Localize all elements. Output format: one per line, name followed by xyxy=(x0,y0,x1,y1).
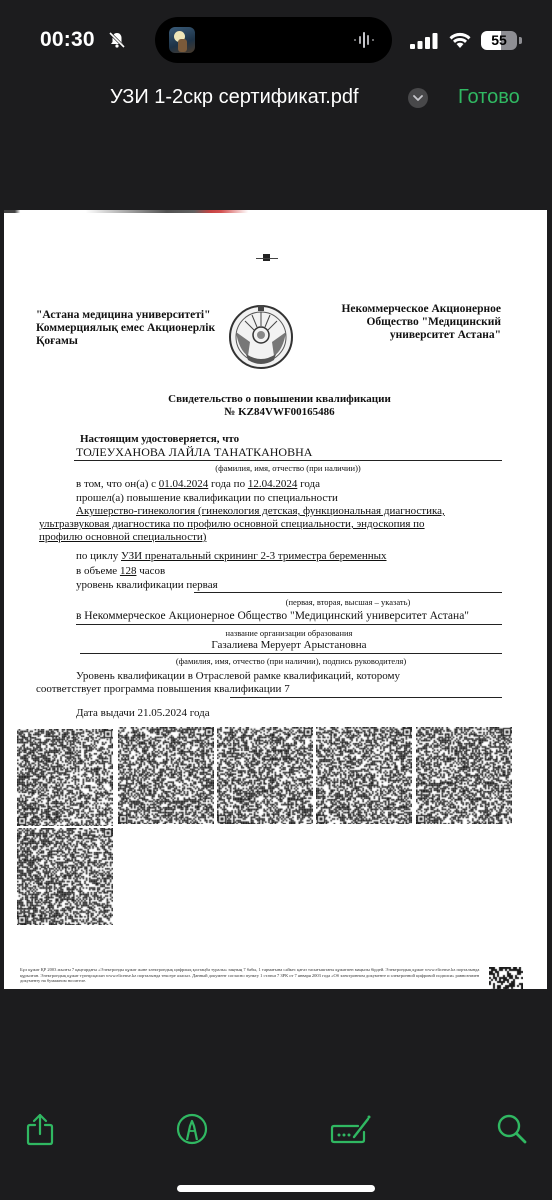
footer-qr-code xyxy=(489,967,523,989)
period-mid: года по xyxy=(211,478,245,490)
organization-caption: название организации образования xyxy=(76,628,502,638)
title-menu-button[interactable] xyxy=(408,88,428,108)
underline xyxy=(74,460,502,461)
signature-icon[interactable] xyxy=(330,1112,372,1146)
pdf-page[interactable]: "Астана медицина университеті" Коммерция… xyxy=(4,210,547,989)
chevron-down-icon xyxy=(413,94,423,102)
qr-code xyxy=(416,727,512,824)
share-icon[interactable] xyxy=(23,1112,57,1146)
qr-code xyxy=(217,727,313,824)
header-left: "Астана медицина университеті" Коммерция… xyxy=(36,309,215,348)
issue-date: Дата выдачи 21.05.2024 года xyxy=(76,707,210,720)
qr-code xyxy=(118,727,214,824)
level-prefix: уровень квалификации xyxy=(76,579,184,591)
markup-pen-icon[interactable] xyxy=(175,1112,209,1146)
home-indicator[interactable] xyxy=(177,1185,375,1192)
wifi-icon xyxy=(448,31,472,49)
kazakhstan-emblem-icon xyxy=(228,302,294,372)
certificate-title: Свидетельство о повышении квалификации №… xyxy=(4,393,547,419)
framework-line: соответствует программа повышения квалиф… xyxy=(36,683,290,696)
period-line: в том, что он(а) с 01.04.2024 года по 12… xyxy=(76,478,320,491)
cellular-signal-icon xyxy=(410,33,438,49)
certificate-number: № KZ84VWF00165486 xyxy=(4,406,547,419)
qr-code xyxy=(17,729,113,826)
specialty-line: профилю основной специальности) xyxy=(39,531,206,544)
underline xyxy=(76,624,502,625)
scan-mark xyxy=(256,256,278,261)
date-from: 01.04.2024 xyxy=(159,478,209,490)
hours-suffix: часов xyxy=(139,565,165,577)
header-left-line: Қоғамы xyxy=(36,335,215,348)
cycle-prefix: по циклу xyxy=(76,550,118,562)
hours-value: 128 xyxy=(120,565,137,577)
underline xyxy=(194,592,502,593)
header-right-line: университет Астана" xyxy=(341,329,501,342)
passed-text: прошел(а) повышение квалификации по спец… xyxy=(76,492,338,505)
dynamic-island[interactable] xyxy=(155,17,392,63)
header-left-line: Коммерциялық емес Акционерлік xyxy=(36,322,215,335)
specialty-line: Акушерство-гинекология (гинекология детс… xyxy=(76,505,445,518)
battery-nub xyxy=(519,37,522,44)
header-right-line: Общество "Медицинский xyxy=(341,316,501,329)
file-title[interactable]: УЗИ 1-2скр сертификат.pdf xyxy=(110,86,359,109)
search-icon[interactable] xyxy=(495,1112,529,1146)
waveform-icon xyxy=(352,32,378,48)
underline xyxy=(230,697,502,698)
certificate-heading: Свидетельство о повышении квалификации xyxy=(4,393,547,406)
period-prefix: в том, что он(а) с xyxy=(76,478,156,490)
level-caption: (первая, вторая, высшая – указать) xyxy=(194,597,502,607)
album-art-icon xyxy=(169,27,195,53)
level-line: уровень квалификации первая xyxy=(76,579,218,592)
qr-code xyxy=(17,828,113,925)
cycle-name: УЗИ пренатальный скрининг 2-3 триместра … xyxy=(121,550,387,562)
specialty-line: ультразвуковая диагностика по профилю ос… xyxy=(39,518,425,531)
full-name-caption: (фамилия, имя, отчество (при наличии)) xyxy=(74,463,502,473)
hours-prefix: в объеме xyxy=(76,565,117,577)
header-left-line: "Астана медицина университеті" xyxy=(36,309,215,322)
framework-line: Уровень квалификации в Отраслевой рамке … xyxy=(76,670,400,683)
cycle-line: по циклу УЗИ пренатальный скрининг 2-3 т… xyxy=(76,550,387,563)
full-name: ТОЛЕУХАНОВА ЛАЙЛА ТАНАТКАНОВНА xyxy=(76,446,312,459)
hours-line: в объеме 128 часов xyxy=(76,565,165,578)
period-suffix: года xyxy=(300,478,320,490)
head-caption: (фамилия, имя, отчество (при наличии), п… xyxy=(80,656,502,666)
scan-artifact xyxy=(4,210,547,213)
head-name: Газалиева Меруерт Арыстановна xyxy=(76,639,502,652)
footer-note: Бұл құжат ҚР 2003 жылғы 7 қаңтардағы «Эл… xyxy=(20,967,480,989)
level-value: первая xyxy=(186,579,217,591)
status-bar: 00:30 55 xyxy=(0,0,552,80)
header-right: Некоммерческое Акционерное Общество "Мед… xyxy=(341,303,501,342)
battery-indicator: 55 xyxy=(481,31,517,50)
status-time: 00:30 xyxy=(40,28,95,52)
qr-code xyxy=(316,727,412,824)
organization: в Некоммерческое Акционерное Общество "М… xyxy=(76,610,469,623)
done-button[interactable]: Готово xyxy=(458,86,520,109)
underline xyxy=(80,653,502,654)
date-to: 12.04.2024 xyxy=(248,478,298,490)
bell-slash-icon xyxy=(108,31,126,49)
header-right-line: Некоммерческое Акционерное xyxy=(341,303,501,316)
